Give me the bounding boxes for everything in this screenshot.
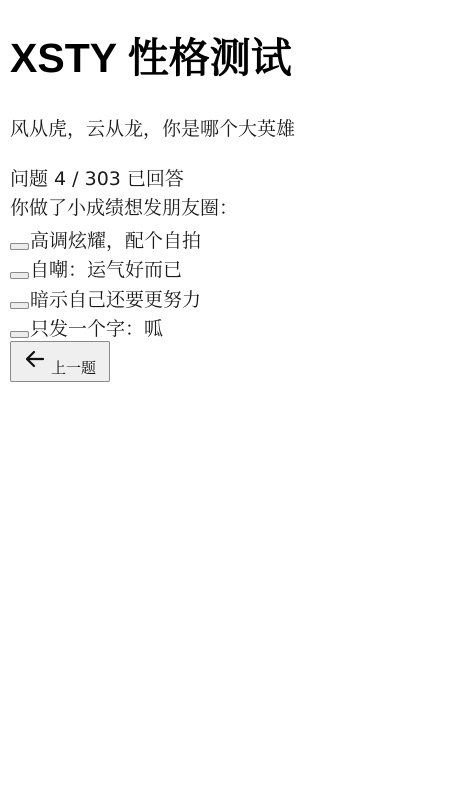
progress-text: 问题 4 / 303 已回答 <box>10 166 184 192</box>
option-label: 只发一个字：呱 <box>30 316 163 342</box>
arrow-left-icon <box>23 347 47 371</box>
page-title: XSTY 性格测试 <box>10 34 292 82</box>
option-button[interactable] <box>10 302 29 309</box>
previous-question-button[interactable]: 上一题 <box>10 341 110 382</box>
answer-option-1[interactable]: 高调炫耀，配个自拍 <box>10 224 201 254</box>
option-label: 自嘲：运气好而已 <box>30 257 182 283</box>
answer-option-2[interactable]: 自嘲：运气好而已 <box>10 254 201 284</box>
option-button[interactable] <box>10 243 29 250</box>
answer-option-4[interactable]: 只发一个字：呱 <box>10 313 201 343</box>
answer-option-3[interactable]: 暗示自己还要更努力 <box>10 283 201 313</box>
page-subtitle: 风从虎，云从龙，你是哪个大英雄 <box>10 116 295 142</box>
previous-question-label: 上一题 <box>51 357 96 378</box>
answer-options: 高调炫耀，配个自拍 自嘲：运气好而已 暗示自己还要更努力 只发一个字：呱 <box>10 224 201 342</box>
option-label: 暗示自己还要更努力 <box>30 287 201 313</box>
option-button[interactable] <box>10 272 29 279</box>
option-button[interactable] <box>10 331 29 338</box>
option-label: 高调炫耀，配个自拍 <box>30 228 201 254</box>
question-text: 你做了小成绩想发朋友圈： <box>10 195 238 221</box>
